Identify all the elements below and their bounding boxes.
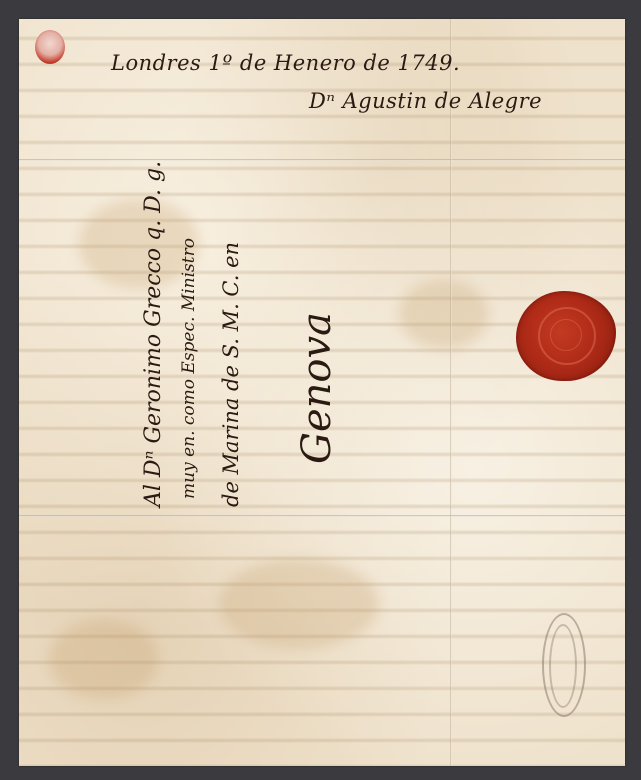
wax-seal-remnant [35, 30, 65, 64]
letter-sheet: Londres 1º de Henero de 1749. Dⁿ Agustin… [19, 19, 625, 766]
address-line-1: Al Dⁿ Geronimo Grecco q. D. g. [141, 161, 166, 507]
fold-line-bottom [19, 515, 625, 517]
address-line-3: de Marina de S. M. C. en [219, 242, 243, 507]
fold-line-top [19, 159, 625, 161]
paper-stain [219, 559, 379, 649]
address-city: Genova [294, 312, 340, 464]
oval-postmark-inner [549, 624, 577, 708]
address-line-2: muy en. como Espec. Ministro [179, 238, 199, 499]
fold-line-vertical [450, 19, 452, 766]
sender-name: Dⁿ Agustin de Alegre [309, 89, 542, 113]
paper-stain [399, 279, 489, 349]
paper-stain [49, 619, 159, 699]
dateline: Londres 1º de Henero de 1749. [111, 51, 460, 75]
